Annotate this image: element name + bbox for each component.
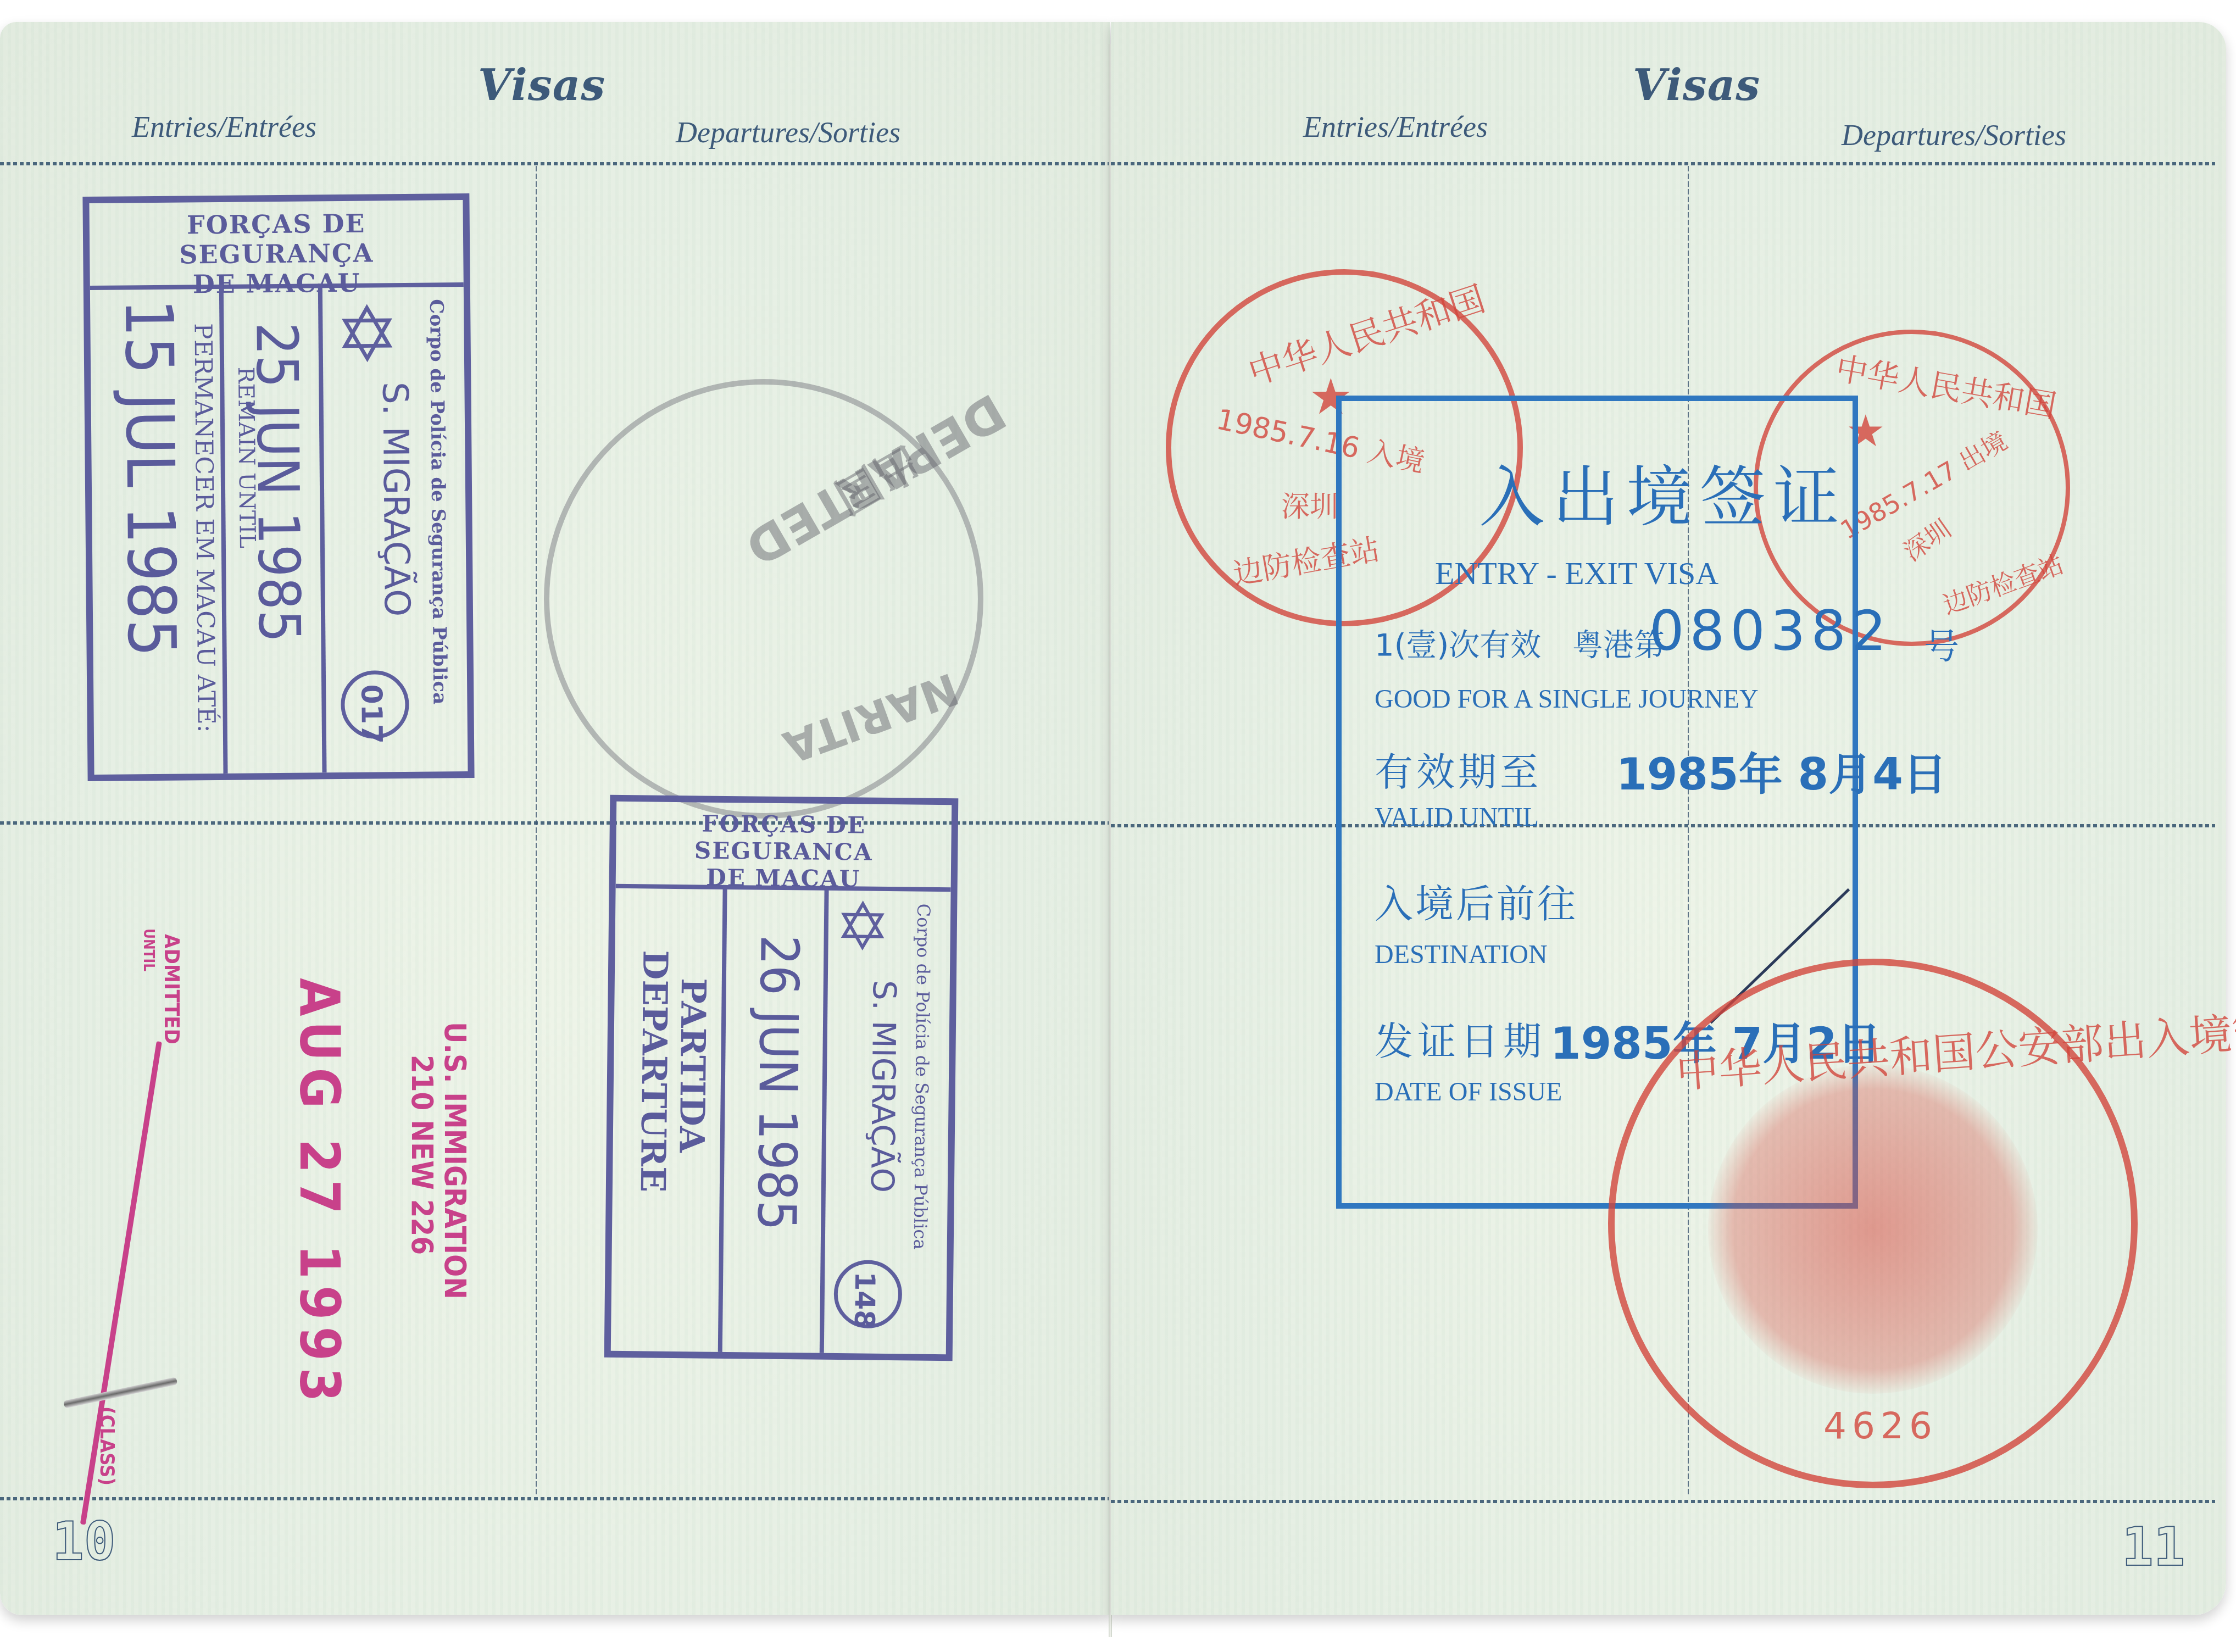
valid-until-cn: 有效期至 (1375, 742, 1542, 797)
police-corps-text: Corpo de Polícia de Segurança Pública (910, 903, 935, 1249)
staple (63, 1377, 177, 1408)
macau-departure-stamp: FORÇAS DE SEGURANCA DE MACAU DEPARTURE P… (604, 795, 959, 1361)
visa-title-cn: 入出境签证 (1479, 445, 1847, 539)
right-page: Visas Entries/Entrées Departures/Sorties… (1111, 22, 2226, 1615)
passport-spread: Visas Entries/Entrées Departures/Sorties… (0, 22, 2225, 1632)
migration-service: S. MIGRAÇÃO (864, 980, 903, 1193)
stamp-header: FORÇAS DE SEGURANCA (616, 809, 952, 866)
entries-label: Entries/Entrées (132, 110, 316, 144)
star-emblem-icon: ✡ (835, 894, 891, 961)
date-of-issue-en: DATE OF ISSUE (1375, 1077, 1562, 1107)
perforation-line (1111, 162, 2215, 165)
seal-ring-text: 中华人民共和国公安部出入境管理局 (1674, 991, 2236, 1100)
destination-en: DESTINATION (1375, 939, 1548, 970)
entries-label: Entries/Entrées (1303, 110, 1488, 144)
left-page: Visas Entries/Entrées Departures/Sorties… (0, 22, 1110, 1615)
exit-entry-admin-seal: 中华人民共和国公安部出入境管理局 4626 (1608, 959, 2138, 1488)
visa-number: 080382 (1649, 599, 1892, 663)
officer-badge: 148 (833, 1260, 902, 1328)
visa-validity-cn: 1(壹)次有效 (1375, 621, 1541, 665)
police-corps-text: Corpo de Polícia de Segurança Pública (425, 299, 450, 704)
stamp-city: 深圳 (1281, 483, 1338, 525)
entry-date: 25 JUN 1985 (243, 322, 313, 643)
us-immigration-line1: U.S. IMMIGRATION (438, 1022, 472, 1299)
visa-title-en: ENTRY - EXIT VISA (1435, 555, 1718, 592)
perforation-line (1111, 1500, 2215, 1503)
page-title: Visas (1633, 60, 1760, 110)
officer-badge: 017 (341, 670, 409, 739)
seal-number: 4626 (1823, 1405, 1938, 1447)
star-emblem-icon: ✡ (335, 297, 400, 374)
until-label: UNTIL (140, 928, 157, 971)
officer-number: 148 (848, 1271, 881, 1329)
page-number: 11 (2122, 1516, 2185, 1578)
departures-label: Departures/Sorties (676, 115, 900, 149)
national-emblem-icon (1708, 1064, 2038, 1394)
valid-until-en: VALID UNTIL (1375, 802, 1539, 832)
date-of-issue-cn: 发证日期 (1375, 1011, 1546, 1066)
stamp-city: 深圳 (1895, 510, 1957, 569)
perforation-line (0, 162, 1110, 165)
perforation-line (0, 1497, 1110, 1500)
admitted-label: ADMITTED (160, 934, 184, 1044)
grey-stamp-text: NARITA (777, 663, 965, 772)
migration-service: S. MIGRAÇÃO (374, 382, 417, 617)
page-title: Visas (478, 60, 605, 110)
valid-until-date: 1985年 8月4日 (1616, 739, 1947, 802)
departure-date: 26 JUN 1985 (746, 935, 810, 1231)
admitted-until-line (80, 1041, 162, 1525)
grey-departure-stamp: DEPARTED NARITA 出国 (544, 379, 983, 819)
stamp-ring-text: 中华人民共和国 (1241, 271, 1491, 395)
us-admission-date: AUG 27 1993 (287, 978, 352, 1409)
visa-number-suffix: 号 (1924, 618, 1959, 669)
macau-entry-stamp: FORÇAS DE SEGURANÇA DE MACAU 15 JUL 1985… (82, 193, 474, 781)
officer-number: 017 (354, 684, 388, 744)
destination-cn: 入境后前往 (1375, 874, 1578, 929)
stamp-office: 边防检查站 (1937, 544, 2068, 622)
us-immigration-line2: 210 NEW 226 (405, 1055, 440, 1255)
class-label: (CLASS) (96, 1406, 118, 1486)
stamp-header: FORÇAS DE SEGURANÇA (90, 208, 464, 270)
column-divider (536, 166, 537, 1495)
departures-label: Departures/Sorties (1842, 118, 2066, 152)
visa-validity-en: GOOD FOR A SINGLE JOURNEY (1375, 684, 1759, 714)
